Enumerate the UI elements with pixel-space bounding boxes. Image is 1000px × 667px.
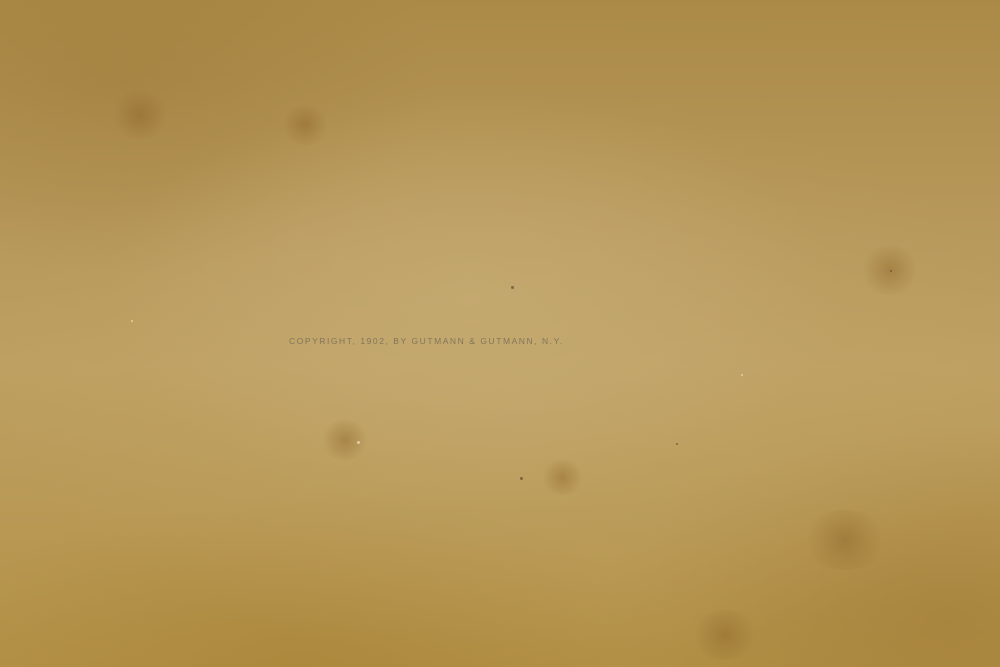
stain <box>800 510 890 570</box>
stain <box>540 460 585 495</box>
stain <box>280 105 330 145</box>
speck <box>131 320 133 322</box>
speck <box>357 441 360 444</box>
stain <box>110 90 170 140</box>
copyright-stamp: COPYRIGHT, 1902, BY GUTMANN & GUTMANN, N… <box>289 336 659 346</box>
speck <box>741 374 743 376</box>
aged-paper-background: COPYRIGHT, 1902, BY GUTMANN & GUTMANN, N… <box>0 0 1000 667</box>
stain <box>320 420 370 460</box>
speck <box>676 443 678 445</box>
speck <box>890 270 892 272</box>
stain <box>690 610 760 660</box>
speck <box>511 286 514 289</box>
speck <box>520 477 523 480</box>
